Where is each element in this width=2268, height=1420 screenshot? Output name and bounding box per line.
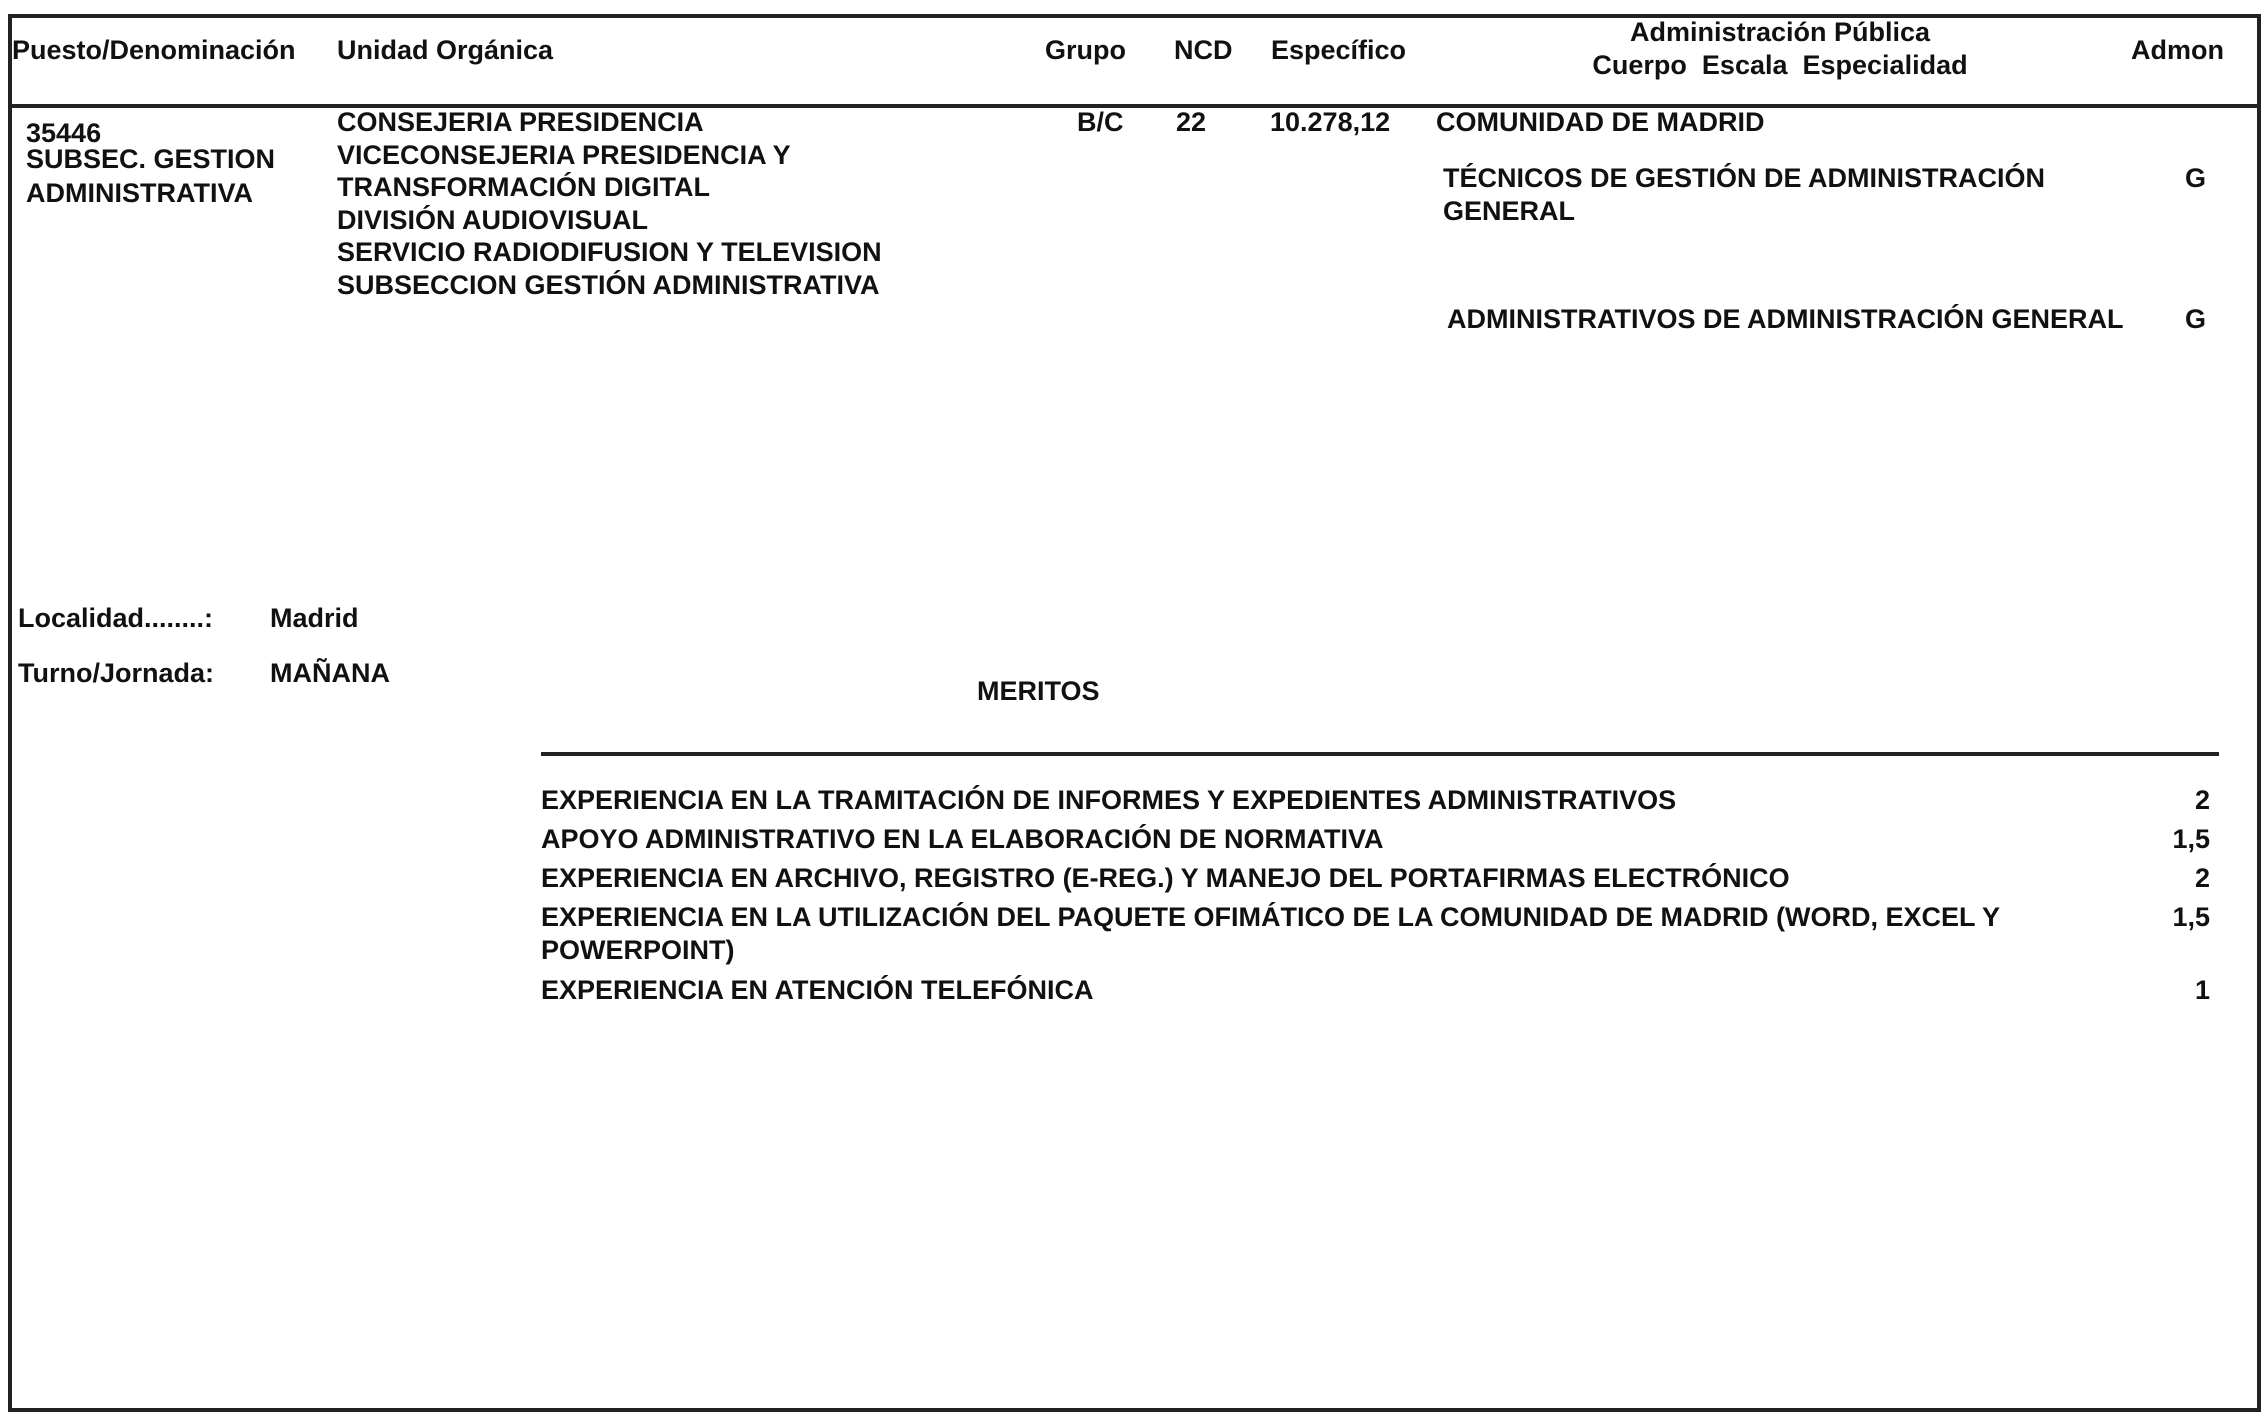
merito-points: 2 (2090, 862, 2210, 895)
header-especifico: Específico (1271, 34, 1406, 66)
meritos-title: MERITOS (977, 675, 1100, 707)
cuerpo-1-line2: GENERAL (1443, 195, 1575, 227)
unidad-organica-line: DIVISIÓN AUDIOVISUAL (337, 204, 882, 237)
cuerpo-2-admon: G (2185, 303, 2206, 335)
unidad-organica-line: TRANSFORMACIÓN DIGITAL (337, 171, 882, 204)
header-admon: Admon (2131, 34, 2224, 66)
especifico-value: 10.278,12 (1270, 106, 1390, 138)
header-grupo: Grupo (1045, 34, 1126, 66)
unidad-organica-line: SUBSECCION GESTIÓN ADMINISTRATIVA (337, 269, 882, 302)
ncd-value: 22 (1176, 106, 1206, 138)
administracion-value: COMUNIDAD DE MADRID (1436, 106, 1764, 138)
turno-label: Turno/Jornada: (18, 657, 214, 689)
merito-text: APOYO ADMINISTRATIVO EN LA ELABORACIÓN D… (541, 823, 2081, 856)
header-ncd: NCD (1174, 34, 1233, 66)
cuerpo-2-line1: ADMINISTRATIVOS DE ADMINISTRACIÓN GENERA… (1447, 303, 2124, 335)
header-cuerpo-escala-especialidad: Cuerpo Escala Especialidad (1540, 49, 2020, 81)
merito-text: EXPERIENCIA EN LA TRAMITACIÓN DE INFORME… (541, 784, 2081, 817)
grupo-value: B/C (1077, 106, 1124, 138)
unidad-organica-line: VICECONSEJERIA PRESIDENCIA Y (337, 139, 882, 172)
localidad-value: Madrid (270, 602, 359, 634)
localidad-label: Localidad........: (18, 602, 213, 634)
meritos-rule (541, 752, 2219, 756)
unidad-organica-line: SERVICIO RADIODIFUSION Y TELEVISION (337, 236, 882, 269)
cuerpo-1-line1: TÉCNICOS DE GESTIÓN DE ADMINISTRACIÓN (1443, 162, 2045, 194)
turno-value: MAÑANA (270, 657, 390, 689)
puesto-name-line2: ADMINISTRATIVA (26, 177, 253, 209)
header-administracion-publica: Administración Pública (1540, 16, 2020, 48)
unidad-organica-list: CONSEJERIA PRESIDENCIA VICECONSEJERIA PR… (337, 106, 882, 301)
header-puesto: Puesto/Denominación (12, 34, 296, 66)
merito-points: 2 (2090, 784, 2210, 817)
merito-points: 1,5 (2090, 901, 2210, 934)
merito-text: EXPERIENCIA EN ATENCIÓN TELEFÓNICA (541, 974, 2081, 1007)
cuerpo-1-admon: G (2185, 162, 2206, 194)
header-unidad-organica: Unidad Orgánica (337, 34, 553, 66)
merito-points: 1 (2090, 974, 2210, 1007)
merito-points: 1,5 (2090, 823, 2210, 856)
puesto-name-line1: SUBSEC. GESTION (26, 143, 275, 175)
merito-text: EXPERIENCIA EN LA UTILIZACIÓN DEL PAQUET… (541, 901, 2071, 967)
merito-text: EXPERIENCIA EN ARCHIVO, REGISTRO (E-REG.… (541, 862, 2081, 895)
unidad-organica-line: CONSEJERIA PRESIDENCIA (337, 106, 882, 139)
